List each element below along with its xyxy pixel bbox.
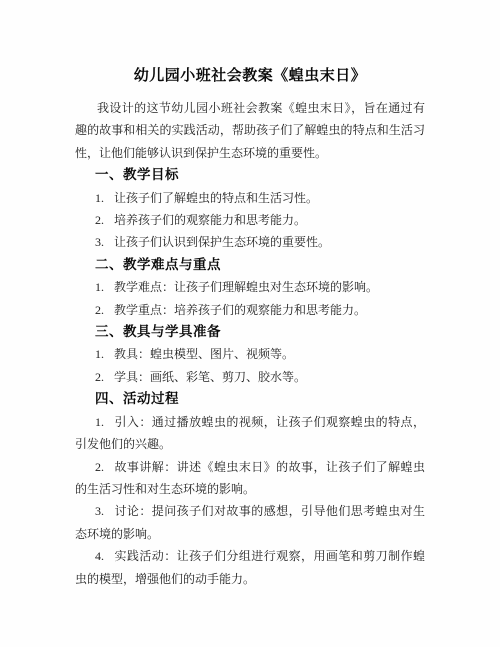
item-number: 1. <box>95 347 104 361</box>
item-number: 2. <box>95 303 104 317</box>
item-text: 培养孩子们的观察能力和思考能力。 <box>114 213 306 227</box>
item-text: 教具：蝗虫模型、图片、视频等。 <box>114 347 294 361</box>
item-number: 1. <box>95 191 104 205</box>
section-heading-difficulties: 二、教学难点与重点 <box>75 254 425 276</box>
item-number: 2. <box>95 213 104 227</box>
section-heading-process: 四、活动过程 <box>75 388 425 410</box>
list-item: 2.故事讲解：讲述《蝗虫末日》的故事，让孩子们了解蝗虫的生活习性和对生态环境的影… <box>75 456 425 501</box>
list-item: 2.培养孩子们的观察能力和思考能力。 <box>75 209 425 231</box>
item-number: 3. <box>95 235 104 249</box>
list-item: 1.引入：通过播放蝗虫的视频，让孩子们观察蝗虫的特点，引发他们的兴趣。 <box>75 411 425 456</box>
item-number: 1. <box>95 415 104 429</box>
item-number: 1. <box>95 280 104 294</box>
document-page: 幼儿园小班社会教案《蝗虫末日》 我设计的这节幼儿园小班社会教案《蝗虫末日》，旨在… <box>0 0 500 647</box>
item-text: 讨论：提问孩子们对故事的感想，引导他们思考蝗虫对生态环境的影响。 <box>75 504 425 540</box>
item-text: 学具：画纸、彩笔、剪刀、胶水等。 <box>114 370 306 384</box>
item-number: 2. <box>95 370 104 384</box>
list-item: 1.让孩子们了解蝗虫的特点和生活习性。 <box>75 187 425 209</box>
list-item: 2.教学重点：培养孩子们的观察能力和思考能力。 <box>75 299 425 321</box>
item-number: 3. <box>95 504 104 518</box>
list-item: 1.教具：蝗虫模型、图片、视频等。 <box>75 343 425 365</box>
document-title: 幼儿园小班社会教案《蝗虫末日》 <box>75 65 425 87</box>
item-number: 4. <box>95 549 104 563</box>
item-text: 故事讲解：讲述《蝗虫末日》的故事，让孩子们了解蝗虫的生活习性和对生态环境的影响。 <box>75 460 425 496</box>
item-text: 引入：通过播放蝗虫的视频，让孩子们观察蝗虫的特点，引发他们的兴趣。 <box>75 415 425 451</box>
item-text: 实践活动：让孩子们分组进行观察，用画笔和剪刀制作蝗虫的模型，增强他们的动手能力。 <box>75 549 425 585</box>
section-heading-objectives: 一、教学目标 <box>75 164 425 186</box>
section-heading-materials: 三、教具与学具准备 <box>75 321 425 343</box>
list-item: 4.实践活动：让孩子们分组进行观察，用画笔和剪刀制作蝗虫的模型，增强他们的动手能… <box>75 545 425 590</box>
list-item: 3.让孩子们认识到保护生态环境的重要性。 <box>75 231 425 253</box>
list-item: 1.教学难点：让孩子们理解蝗虫对生态环境的影响。 <box>75 276 425 298</box>
list-item: 2.学具：画纸、彩笔、剪刀、胶水等。 <box>75 366 425 388</box>
item-text: 让孩子们了解蝗虫的特点和生活习性。 <box>114 191 318 205</box>
item-text: 让孩子们认识到保护生态环境的重要性。 <box>114 235 330 249</box>
item-number: 2. <box>95 460 104 474</box>
item-text: 教学重点：培养孩子们的观察能力和思考能力。 <box>114 303 366 317</box>
intro-paragraph: 我设计的这节幼儿园小班社会教案《蝗虫末日》，旨在通过有趣的故事和相关的实践活动，… <box>75 97 425 164</box>
list-item: 3.讨论：提问孩子们对故事的感想，引导他们思考蝗虫对生态环境的影响。 <box>75 500 425 545</box>
item-text: 教学难点：让孩子们理解蝗虫对生态环境的影响。 <box>114 280 378 294</box>
